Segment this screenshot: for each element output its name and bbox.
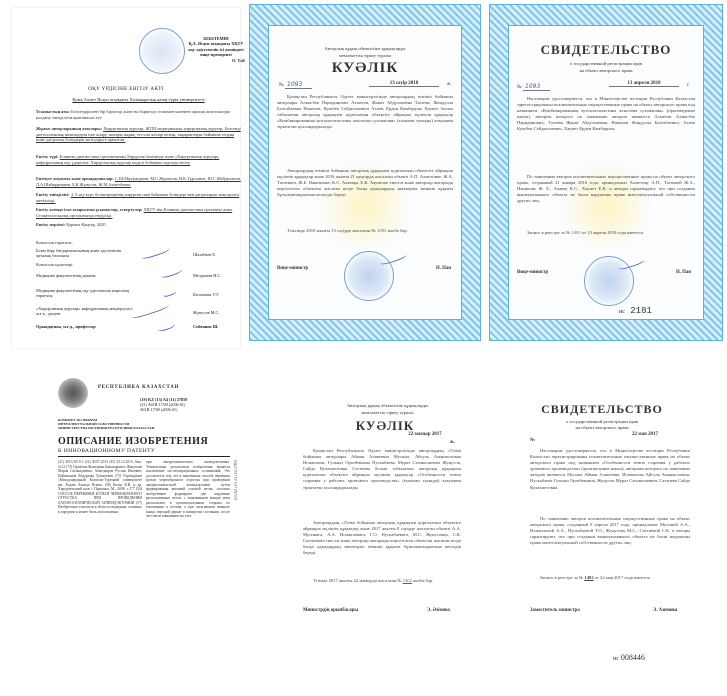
- signatory-name: Бегалиева У.Т.: [193, 292, 243, 297]
- act-field: Енгізуге жауапты және орындаушылар: С.Ш.…: [36, 176, 241, 187]
- signer-title: Вице-министр: [517, 270, 548, 275]
- signatory-name: Мелдешев Н.С.: [193, 273, 243, 278]
- certificate-paragraph: Тізілімде 2018 жылғы 13 сәуірде жасалған…: [277, 228, 453, 234]
- university-seal: [139, 28, 185, 74]
- certificate-paragraph: По заявлению авторов исключительные имущ…: [530, 516, 690, 546]
- field-label: Енгізу мерзімі:: [36, 222, 65, 227]
- certificate-number: № 1093: [517, 83, 550, 90]
- certificate-title: КУӘЛІК: [270, 418, 505, 434]
- signature-mark: [139, 244, 170, 261]
- certificate-body: СВИДЕТЕЛЬСТВО о государственной регистра…: [505, 370, 727, 696]
- registry-text: от 22 мая 2017 года имеется.: [595, 575, 651, 580]
- field-value: Қараша-Қаңтар, 2020: [66, 222, 105, 227]
- certificate-heading: мемлекеттік тіркеу туралы: [269, 53, 461, 59]
- field-label: Енгізу тиімділігі:: [36, 192, 70, 197]
- patent-codes: (19) KZ (13) A4 (11) 27859 (51) A61B 17/…: [140, 397, 187, 413]
- kz-copyright-certificate-2018: Авторлық құқық объектісіне құқықтарды ме…: [245, 0, 485, 345]
- certificate-title: КУӘЛІК: [269, 60, 461, 77]
- kazakhstan-emblem-icon: [58, 378, 88, 408]
- serial-prefix: ис: [619, 309, 625, 315]
- commission-chair-label: Комиссия төрағасы:: [36, 240, 241, 245]
- serial-number: ис 2181: [619, 306, 652, 316]
- number-prefix: №: [517, 85, 522, 90]
- registry-text: жазба бар.: [413, 578, 433, 583]
- certificate-paragraph: Қазақстан Республикасы Әділет министрліг…: [277, 94, 453, 131]
- serial-value: 008446: [621, 653, 645, 662]
- certificate-date: 22 мамыр 2017: [400, 432, 450, 437]
- registry-number: 1093: [571, 230, 580, 235]
- registry-number: 1402: [584, 575, 593, 580]
- commission-members-label: Комиссия мүшелері:: [36, 262, 241, 267]
- date-suffix: ж.: [450, 440, 455, 445]
- patent-abstract-column: при лапароскопических аппендэктомиях. Те…: [146, 460, 230, 519]
- committee-line: МИНИСТЕРСТВА ЮСТИЦИИ РЕСПУБЛИКИ КАЗАХСТА…: [58, 426, 154, 430]
- certificate-body: Авторлық құқық объектісіне құқықтарды ме…: [268, 25, 462, 320]
- signatory-name: Жүнусов М.С.: [193, 310, 243, 315]
- signatory-role: Білім беру бағдарламасының және әдістеме…: [36, 248, 136, 258]
- certificate-date: 13 апреля 2018: [609, 81, 679, 87]
- registry-text: жазба бар.: [387, 228, 407, 233]
- certificate-number: №: [530, 438, 535, 443]
- certificate-heading: на объект авторского права: [505, 425, 699, 431]
- certificate-paragraph: По заявлению авторов исключительные имущ…: [517, 174, 695, 204]
- certificate-paragraph: Авторлардың өтініші бойынша авторлық құқ…: [277, 168, 453, 198]
- approval-block: БЕКІТЕМІН Қ.А. Ясауи атындағы ХҚТУ оқу-ә…: [180, 36, 245, 63]
- serial-number: ис 008446: [613, 653, 645, 662]
- signature-mark: [161, 286, 177, 298]
- certificate-title: СВИДЕТЕЛЬСТВО: [505, 402, 699, 417]
- patent-bibliographic-column: (21) 2013/1019.1 (22) 30.07.2013 (45) 25…: [58, 460, 142, 514]
- field-value: Клиника диагностика орталығының Хирургия…: [36, 154, 219, 165]
- certificate-paragraph: Қазақстан Республикасы Әділет министрліг…: [303, 448, 461, 491]
- approver-name: О. Тәбітов: [180, 58, 245, 63]
- title-rule: [58, 456, 230, 457]
- patent-committee: КОМИТЕТ ПО ПРАВАМ ИНТЕЛЛЕКТУАЛЬНОЙ СОБСТ…: [58, 418, 154, 431]
- patent-subtitle: К ИННОВАЦИОННОМУ ПАТЕНТУ: [58, 448, 155, 454]
- signature-mark: [156, 319, 176, 332]
- signatory-role: Медицина факультетінің деканы: [36, 273, 136, 278]
- signatory-name: Сейханов Ш.: [193, 324, 243, 329]
- ru-copyright-certificate-2017: СВИДЕТЕЛЬСТВО о государственной регистра…: [505, 370, 727, 696]
- registry-text: Запись в реестре за №: [527, 230, 570, 235]
- signatory-name: Шахабаев Е.: [193, 252, 243, 257]
- act-field: Енгізу тиімділігі: 4, 5 оқу курс білімге…: [36, 192, 241, 203]
- number-value: 1093: [523, 83, 550, 91]
- certificate-heading: Авторлық құқық объектісіне құқықтарды: [270, 403, 505, 409]
- act-title: ОҚУ ҮРДІСІНЕ ЕНГІЗУ АКТІ: [12, 86, 240, 92]
- signer-name: Э. Әзімова: [427, 608, 450, 613]
- certificate-heading: мемлекеттік тіркеу туралы: [270, 410, 505, 416]
- kz-copyright-certificate-2017: Авторлық құқық объектісіне құқықтарды ме…: [270, 360, 505, 696]
- certificate-heading: Авторлық құқық объектісіне құқықтарды: [269, 46, 461, 52]
- serial-prefix: ис: [613, 656, 619, 662]
- field-label: Енгізуге жауапты және орындаушылар:: [36, 176, 114, 181]
- signatory-role: Медицина факультетінің оқу әдістемелік к…: [36, 288, 136, 298]
- signature-mark: [130, 300, 171, 320]
- signatory-role: Орындаушы, м.ғ.д., профессор: [36, 324, 136, 329]
- certificate-heading: о государственной регистрации прав: [509, 61, 703, 67]
- signer-name: Н. Пан: [436, 266, 451, 271]
- registry-text: Тізілімде 2018 жылғы 13 сәуірде жасалған…: [287, 228, 376, 233]
- signer-name: Э. Азимова: [653, 608, 677, 613]
- number-prefix: №: [279, 83, 284, 88]
- patent-description-document: РЕСПУБЛИКА КАЗАХСТАН (19) KZ (13) A4 (11…: [0, 355, 270, 535]
- patent-code: A61B 17/00 (2006.01): [140, 407, 187, 412]
- certificate-paragraph: Авторлардың «Тізімі бойынша авторлық құқ…: [303, 520, 461, 557]
- certificate-paragraph: Настоящим удостоверяется, что в Министер…: [530, 448, 690, 491]
- field-label: Енгізу кезінде іске асырылған ұсыныстар,…: [36, 207, 143, 212]
- act-field: Енгізу кезінде іске асырылған ұсыныстар,…: [36, 207, 241, 218]
- certificate-body: Авторлық құқық объектісіне құқықтарды ме…: [270, 360, 505, 696]
- field-label: Енгізу түрі:: [36, 154, 59, 159]
- signer-title: Заместитель министра: [530, 608, 580, 613]
- signature-mark: [378, 250, 407, 266]
- field-label: Ұсыныстың аты:: [36, 109, 70, 114]
- patent-country: РЕСПУБЛИКА КАЗАХСТАН: [98, 385, 179, 390]
- act-field: Жұмыс авторларының атаулары: Хирургиялық…: [36, 126, 241, 143]
- certificate-paragraph: Запись в реестре за № 1093 от 13 апреля …: [517, 230, 695, 236]
- signer-title: Министрдің орынбасары: [303, 608, 358, 613]
- registry-text: Тізімде 2017 жылғы 22 мамырда жасалған №: [313, 578, 402, 583]
- field-label: Жұмыс авторларының атаулары:: [36, 126, 102, 131]
- date-suffix: ж.: [447, 82, 452, 87]
- university-name: Қожа Ахмет Ясауи атындағы Халықаралық қа…: [57, 97, 220, 102]
- registry-number: 1093: [377, 228, 386, 233]
- certificate-date: 22 мая 2017: [625, 432, 665, 437]
- act-of-implementation-document: БЕКІТЕМІН Қ.А. Ясауи атындағы ХҚТУ оқу-ә…: [0, 0, 245, 350]
- date-suffix: г.: [687, 83, 690, 88]
- certificate-number: № 1093: [279, 81, 312, 88]
- signatory-role: «Хирургиялық аурулар» кафедрасының меңге…: [36, 306, 136, 316]
- registry-number: 1402: [403, 578, 412, 583]
- certificate-paragraph: Настоящим удостоверяется, что в Министер…: [517, 96, 695, 133]
- certificate-paragraph: Тізімде 2017 жылғы 22 мамырда жасалған №…: [303, 578, 461, 584]
- registry-text: от 13 апреля 2018 года имеется.: [582, 230, 644, 235]
- certificate-heading: на объект авторского права: [509, 68, 703, 74]
- patent-page: РЕСПУБЛИКА КАЗАХСТАН (19) KZ (13) A4 (11…: [0, 355, 270, 535]
- patent-vertical-code: (19) KZ (13) A4 (11) 27859: [234, 460, 238, 500]
- ru-copyright-certificate-2018: СВИДЕТЕЛЬСТВО о государственной регистра…: [485, 0, 727, 345]
- ornamental-border: Авторлық құқық объектісіне құқықтарды ме…: [249, 4, 481, 341]
- act-field: Енгізу түрі: Клиника диагностика орталығ…: [36, 154, 241, 165]
- signer-title: Вице-министр: [277, 266, 308, 271]
- certificate-paragraph: Запись в реестре за № 1402 от 22 мая 201…: [530, 575, 690, 581]
- ornamental-border: СВИДЕТЕЛЬСТВО о государственной регистра…: [489, 4, 723, 341]
- certificate-date: 13 сәуір 2018: [369, 81, 439, 87]
- act-field: Енгізу мерзімі: Қараша-Қаңтар, 2020: [36, 222, 241, 228]
- signer-name: Н. Пан: [676, 270, 691, 275]
- registry-text: Запись в реестре за №: [540, 575, 583, 580]
- act-page: БЕКІТЕМІН Қ.А. Ясауи атындағы ХҚТУ оқу-ә…: [12, 8, 240, 348]
- patent-title: ОПИСАНИЕ ИЗОБРЕТЕНИЯ: [58, 436, 208, 447]
- serial-value: 2181: [630, 306, 652, 316]
- act-field: Ұсыныстың аты: Белсендірілген бір бәрпел…: [36, 109, 241, 120]
- certificate-body: СВИДЕТЕЛЬСТВО о государственной регистра…: [508, 25, 704, 320]
- number-value: 1093: [285, 81, 312, 89]
- certificate-title: СВИДЕТЕЛЬСТВО: [509, 42, 703, 58]
